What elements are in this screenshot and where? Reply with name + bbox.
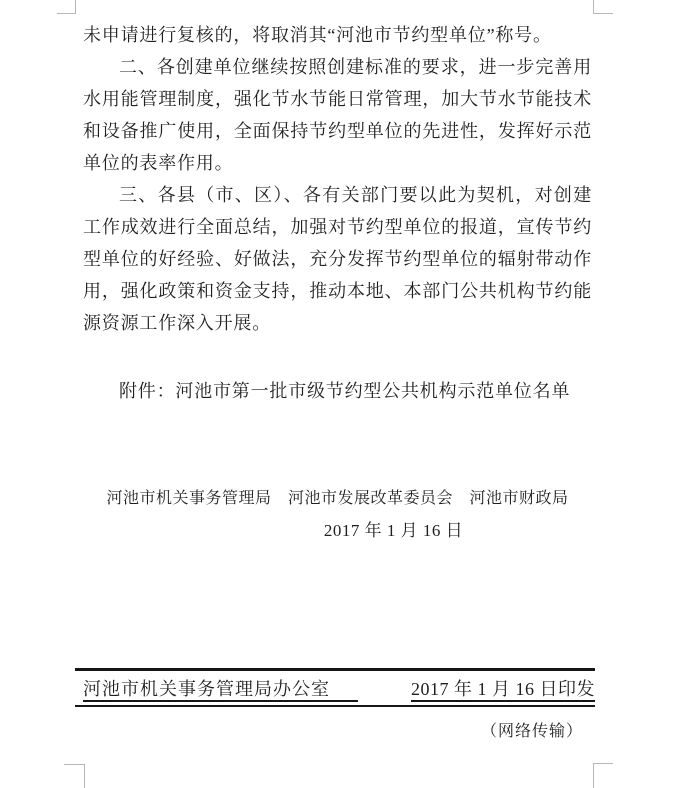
print-office: 河池市机关事务管理局办公室 — [83, 680, 358, 702]
crop-mark-top-left — [57, 0, 76, 14]
document-body: 未申请进行复核的，将取消其“河池市节约型单位”称号。 二、各创建单位继续按照创建… — [83, 19, 592, 547]
transmission-note: （网络传输） — [75, 718, 595, 741]
issuing-agencies: 河池市机关事务管理局 河池市发展改革委员会 河池市财政局 — [83, 483, 592, 515]
body-paragraph-item-two: 二、各创建单位继续按照创建标准的要求，进一步完善用水用能管理制度，强化节水节能日… — [83, 51, 592, 179]
body-paragraph-item-three: 三、各县（市、区）、各有关部门要以此为契机，对创建工作成效进行全面总结，加强对节… — [83, 179, 592, 339]
colophon: 河池市机关事务管理局办公室 2017 年 1 月 16 日印发 （网络传输） — [75, 668, 595, 741]
crop-mark-bottom-left — [64, 764, 85, 788]
crop-mark-top-right — [593, 0, 613, 14]
print-date: 2017 年 1 月 16 日印发 — [411, 680, 595, 702]
crop-mark-bottom-right — [593, 763, 613, 788]
document-page: 未申请进行复核的，将取消其“河池市节约型单位”称号。 二、各创建单位继续按照创建… — [0, 0, 680, 788]
attachment-line: 附件：河池市第一批市级节约型公共机构示范单位名单 — [83, 375, 592, 407]
body-paragraph-continuation: 未申请进行复核的，将取消其“河池市节约型单位”称号。 — [83, 19, 592, 51]
signature-date: 2017 年 1 月 16 日 — [139, 515, 648, 547]
colophon-row: 河池市机关事务管理局办公室 2017 年 1 月 16 日印发 — [75, 671, 595, 707]
signature-block: 河池市机关事务管理局 河池市发展改革委员会 河池市财政局 2017 年 1 月 … — [83, 483, 592, 547]
